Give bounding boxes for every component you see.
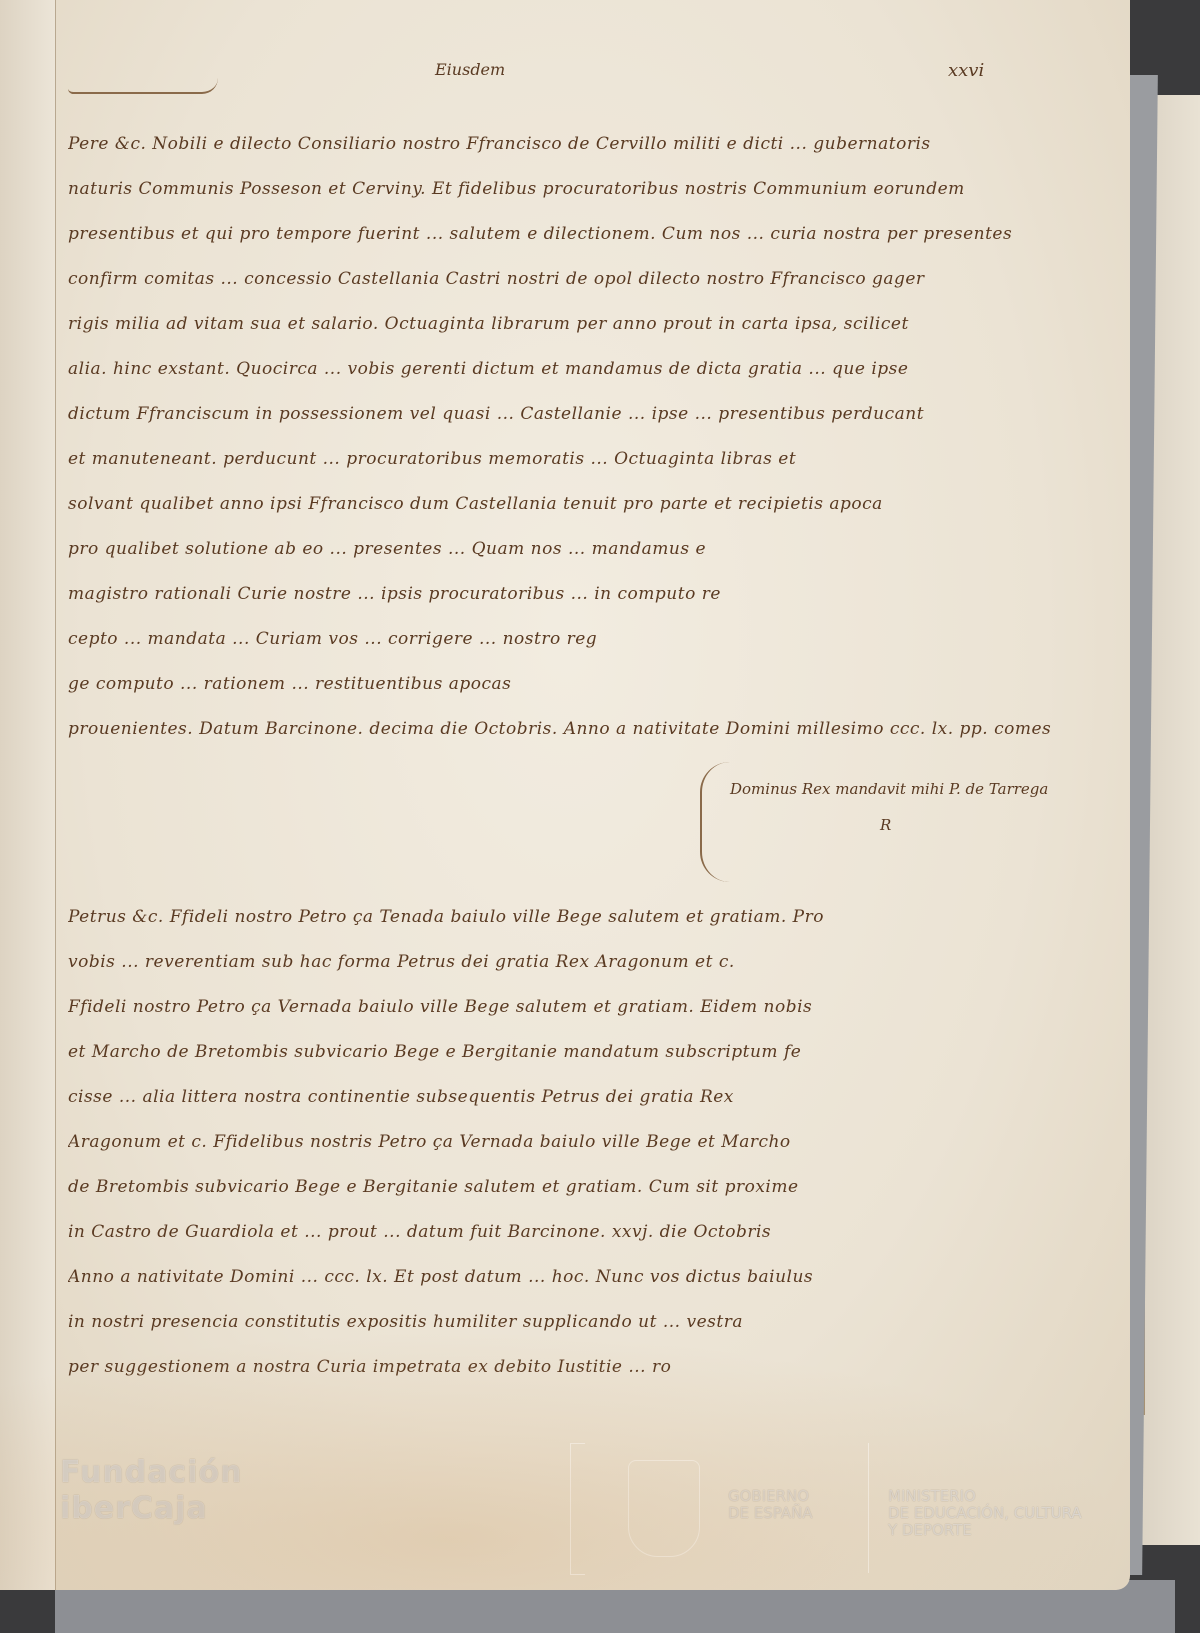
signature-block: Dominus Rex mandavit mihi P. de Tarrega … (730, 780, 1048, 834)
text-line: vobis ... reverentiam sub hac forma Petr… (68, 940, 1068, 985)
gutter-line (55, 0, 56, 1590)
text-line: naturis Communis Posseson et Cerviny. Et… (68, 167, 1068, 212)
binding-margin (0, 0, 55, 1590)
text-line: presentibus et qui pro tempore fuerint .… (68, 212, 1068, 257)
text-line: alia. hinc exstant. Quocirca ... vobis g… (68, 347, 1068, 392)
text-line: confirm comitas ... concessio Castellani… (68, 257, 1068, 302)
watermark-text: iberCaja (60, 1491, 242, 1527)
paragraph-2: Petrus &c. Ffideli nostro Petro ça Tenad… (68, 895, 1068, 1390)
header-flourish (68, 78, 218, 94)
ministry-watermark: MINISTERIO DE EDUCACIÓN, CULTURA Y DEPOR… (888, 1488, 1082, 1539)
signature-mark: R (880, 816, 1048, 834)
text-line: dictum Ffranciscum in possessionem vel q… (68, 392, 1068, 437)
manuscript-page: Eiusdem xxvi Pere &c. Nobili e dilecto C… (0, 0, 1130, 1590)
watermark-text: MINISTERIO (888, 1488, 1082, 1505)
watermark-divider (868, 1443, 869, 1573)
text-line: in nostri presencia constitutis expositi… (68, 1300, 1068, 1345)
text-line: Aragonum et c. Ffidelibus nostris Petro … (68, 1120, 1068, 1165)
watermark-text: DE ESPAÑA (728, 1505, 813, 1522)
flag-bracket-icon (570, 1443, 585, 1575)
text-line: per suggestionem a nostra Curia impetrat… (68, 1345, 1068, 1390)
text-line: de Bretombis subvicario Bege e Bergitani… (68, 1165, 1068, 1210)
watermark-text: DE EDUCACIÓN, CULTURA (888, 1505, 1082, 1522)
text-line: ge computo ... rationem ... restituentib… (68, 662, 1068, 707)
text-line: Petrus &c. Ffideli nostro Petro ça Tenad… (68, 895, 1068, 940)
text-line: prouenientes. Datum Barcinone. decima di… (68, 707, 1068, 752)
ibercaja-watermark: Fundación iberCaja (60, 1455, 242, 1527)
signature-line: Dominus Rex mandavit mihi P. de Tarrega (730, 780, 1048, 798)
coat-of-arms-icon (628, 1460, 700, 1557)
watermark-text: Y DEPORTE (888, 1522, 1082, 1539)
text-line: rigis milia ad vitam sua et salario. Oct… (68, 302, 1068, 347)
text-line: Anno a nativitate Domini ... ccc. lx. Et… (68, 1255, 1068, 1300)
text-line: Ffideli nostro Petro ça Vernada baiulo v… (68, 985, 1068, 1030)
folio-number: xxvi (948, 60, 984, 81)
text-line: in Castro de Guardiola et ... prout ... … (68, 1210, 1068, 1255)
header-note: Eiusdem (435, 60, 505, 79)
paragraph-1: Pere &c. Nobili e dilecto Consiliario no… (68, 122, 1068, 752)
text-line: pro qualibet solutione ab eo ... present… (68, 527, 1068, 572)
text-line: cepto ... mandata ... Curiam vos ... cor… (68, 617, 1068, 662)
text-line: magistro rationali Curie nostre ... ipsi… (68, 572, 1068, 617)
text-line: cisse ... alia littera nostra continenti… (68, 1075, 1068, 1120)
text-line: solvant qualibet anno ipsi Ffrancisco du… (68, 482, 1068, 527)
text-line: et manuteneant. perducunt ... procurator… (68, 437, 1068, 482)
text-line: et Marcho de Bretombis subvicario Bege e… (68, 1030, 1068, 1075)
government-watermark: GOBIERNO DE ESPAÑA (728, 1488, 813, 1522)
text-line: Pere &c. Nobili e dilecto Consiliario no… (68, 122, 1068, 167)
signature-bracket (700, 762, 732, 882)
watermark-text: Fundación (60, 1455, 242, 1491)
watermark-text: GOBIERNO (728, 1488, 813, 1505)
